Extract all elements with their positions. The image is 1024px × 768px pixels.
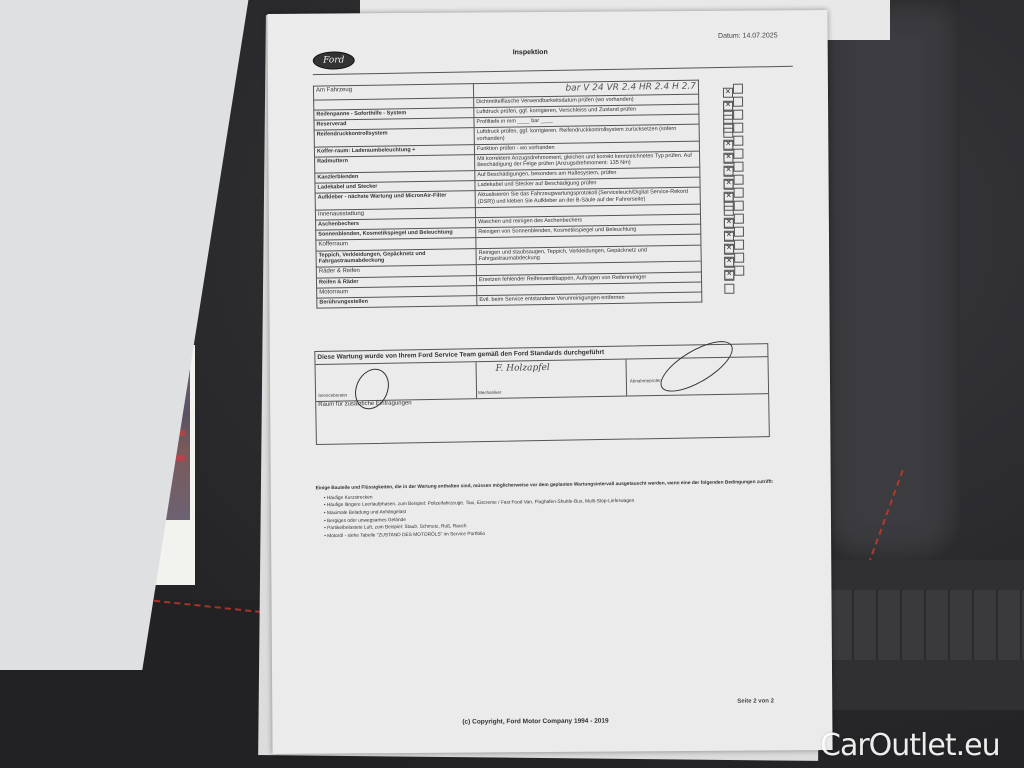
advisor-signature-cell: Serviceberater — [316, 362, 478, 401]
signature-row: Serviceberater F. Holzapfel Mechaniker A… — [316, 356, 769, 402]
title-divider — [313, 66, 793, 75]
checkbox — [734, 201, 744, 211]
checklist-item-task: Evtl. beim Service entstandene Verunrein… — [477, 292, 702, 305]
advisor-label: Serviceberater — [318, 392, 347, 398]
check-row: ✕ — [723, 81, 749, 94]
inspection-document: Datum: 14.07.2025 Ford Inspektion Am Fah… — [267, 10, 832, 754]
check-row: ✕ — [723, 133, 749, 146]
checkbox — [733, 149, 743, 159]
check-row: ✕ — [724, 211, 750, 224]
tire-pressure-values: bar V 24 VR 2.4 HR 2.4 H 2.7 — [565, 82, 696, 94]
checkbox — [734, 266, 744, 276]
checkbox — [734, 175, 744, 185]
seat-ribs — [830, 590, 1024, 660]
checkbox — [734, 188, 744, 198]
check-row: ✕ — [723, 146, 749, 159]
maintenance-notes: Einige Bauteile und Flüssigkeiten, die i… — [316, 479, 787, 541]
checkbox: ✕ — [724, 270, 734, 280]
inspection-checklist: Am Fahrzeugbar V 24 VR 2.4 HR 2.4 H 2.7D… — [313, 80, 702, 309]
check-marks: ✕✕✕✕✕✕✕✕✕✕✕✕ — [723, 81, 750, 276]
checkbox — [733, 123, 743, 133]
checkbox — [734, 240, 744, 250]
check-row: ✕ — [724, 263, 750, 276]
checkbox — [723, 110, 733, 120]
checkbox — [733, 97, 743, 107]
checkbox — [724, 284, 734, 294]
check-row: ✕ — [724, 185, 750, 198]
mechanic-signature-cell: F. Holzapfel Mechaniker — [476, 360, 628, 399]
notes-list: Häufige KurzstreckenHäufige längere Leer… — [324, 488, 787, 540]
checkbox — [734, 214, 744, 224]
checkbox — [733, 162, 743, 172]
check-row: ✕ — [724, 237, 750, 250]
copyright-notice: (c) Copyright, Ford Motor Company 1994 -… — [462, 718, 608, 726]
checkbox — [733, 110, 743, 120]
signature-section: Diese Wartung wurde von Ihrem Ford Servi… — [314, 343, 770, 445]
mechanic-name: F. Holzapfel — [496, 363, 550, 374]
carOutlet-watermark: CarOutlet.eu — [820, 728, 1000, 763]
check-row — [724, 198, 750, 211]
check-row: ✕ — [724, 224, 750, 237]
document-title: Inspektion — [513, 49, 548, 56]
check-row: ✕ — [723, 159, 749, 172]
checkbox — [734, 253, 744, 263]
page-number: Seite 2 von 2 — [737, 698, 774, 704]
remarks-label: Raum für zusätzliche Eintragungen — [318, 400, 411, 408]
check-row — [723, 120, 749, 133]
checkbox — [724, 201, 734, 211]
checkbox — [733, 136, 743, 146]
check-row: ✕ — [723, 94, 749, 107]
acceptance-label: Abnahmeprüfer — [630, 378, 661, 384]
checkbox — [734, 227, 744, 237]
checkbox — [723, 123, 733, 133]
acceptance-signature — [653, 332, 740, 402]
document-date: Datum: 14.07.2025 — [718, 32, 778, 39]
check-row — [723, 107, 749, 120]
ford-logo-icon: Ford — [313, 51, 355, 69]
check-row: ✕ — [724, 250, 750, 263]
check-row: ✕ — [724, 172, 750, 185]
checklist-item-label: Berührungsstellen — [317, 296, 477, 308]
checkbox — [733, 84, 743, 94]
mechanic-label: Mechaniker — [478, 390, 501, 395]
acceptance-signature-cell: Abnahmeprüfer — [625, 357, 768, 395]
